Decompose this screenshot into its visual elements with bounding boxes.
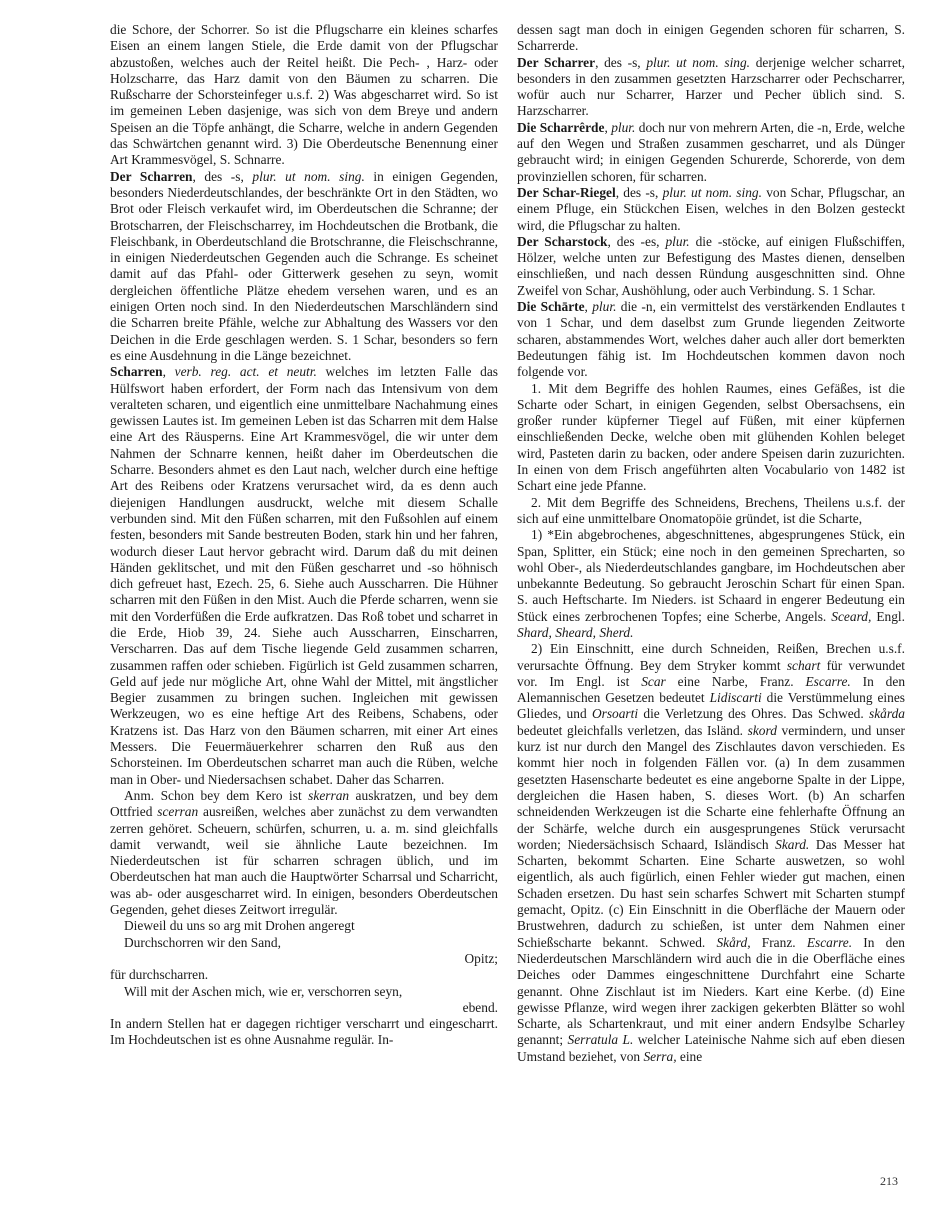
page-number: 213	[880, 1173, 898, 1189]
verse-line: Durchschorren wir den Sand,	[110, 935, 498, 951]
entry-der-scharren: Der Scharren, des -s, plur. ut nom. sing…	[110, 169, 498, 365]
entry-headword: Der Scharrer	[517, 55, 595, 70]
paragraph-continuation: dessen sagt man doch in einigen Gegenden…	[517, 22, 905, 55]
entry-der-scharrer: Der Scharrer, des -s, plur. ut nom. sing…	[517, 55, 905, 120]
grammar-note: plur.	[665, 234, 689, 249]
entry-der-schar-riegel: Der Schar-Riegel, des -s, plur. ut nom. …	[517, 185, 905, 234]
entry-headword: Die Scharrêrde	[517, 120, 604, 135]
grammar-note: plur. ut nom. sing.	[646, 55, 750, 70]
verse-line: Dieweil du uns so arg mit Drohen angereg…	[110, 918, 498, 934]
entry-der-scharstock: Der Scharstock, des -es, plur. die -stöc…	[517, 234, 905, 299]
grammar-note: plur. ut nom. sing.	[663, 185, 762, 200]
paragraph-text: In andern Stellen hat er dagegen richtig…	[110, 1016, 498, 1049]
grammar-note: plur.	[592, 299, 616, 314]
entry-headword: Scharren	[110, 364, 163, 379]
entry-headword: Der Schar-Riegel	[517, 185, 616, 200]
sense-2: 2. Mit dem Begriffe des Schneidens, Brec…	[517, 495, 905, 528]
sense-2-2: 2) Ein Einschnitt, eine durch Schneiden,…	[517, 641, 905, 1065]
entry-scharren-verb: Scharren, verb. reg. act. et neutr. welc…	[110, 364, 498, 788]
grammar-note: verb. reg. act. et neutr.	[175, 364, 317, 379]
dictionary-page: die Schore, der Schorrer. So ist die Pfl…	[0, 0, 935, 1210]
entry-die-scharrerde: Die Scharrêrde, plur. doch nur von mehre…	[517, 120, 905, 185]
entry-die-scharte: Die Schārte, plur. die -n, ein vermittel…	[517, 299, 905, 380]
grammar-note: plur.	[611, 120, 635, 135]
sense-2-1: 1) *Ein abgebrochenes, abgeschnittenes, …	[517, 527, 905, 641]
verse-attribution: ebend.	[110, 1000, 498, 1016]
verse-attribution: Opitz;	[110, 951, 498, 967]
paragraph-text: für durchscharren.	[110, 967, 498, 983]
sense-1: 1. Mit dem Begriffe des hohlen Raumes, e…	[517, 381, 905, 495]
entry-headword: Der Scharren	[110, 169, 192, 184]
entry-headword: Der Scharstock	[517, 234, 607, 249]
entry-headword: Die Schārte	[517, 299, 585, 314]
annotation-paragraph: Anm. Schon bey dem Kero ist skerran ausk…	[110, 788, 498, 918]
right-column: dessen sagt man doch in einigen Gegenden…	[517, 22, 905, 1065]
verse-line: Will mit der Aschen mich, wie er, versch…	[110, 984, 498, 1000]
paragraph-continuation: die Schore, der Schorrer. So ist die Pfl…	[110, 22, 498, 169]
grammar-note: plur. ut nom. sing.	[252, 169, 364, 184]
left-column: die Schore, der Schorrer. So ist die Pfl…	[110, 22, 498, 1049]
